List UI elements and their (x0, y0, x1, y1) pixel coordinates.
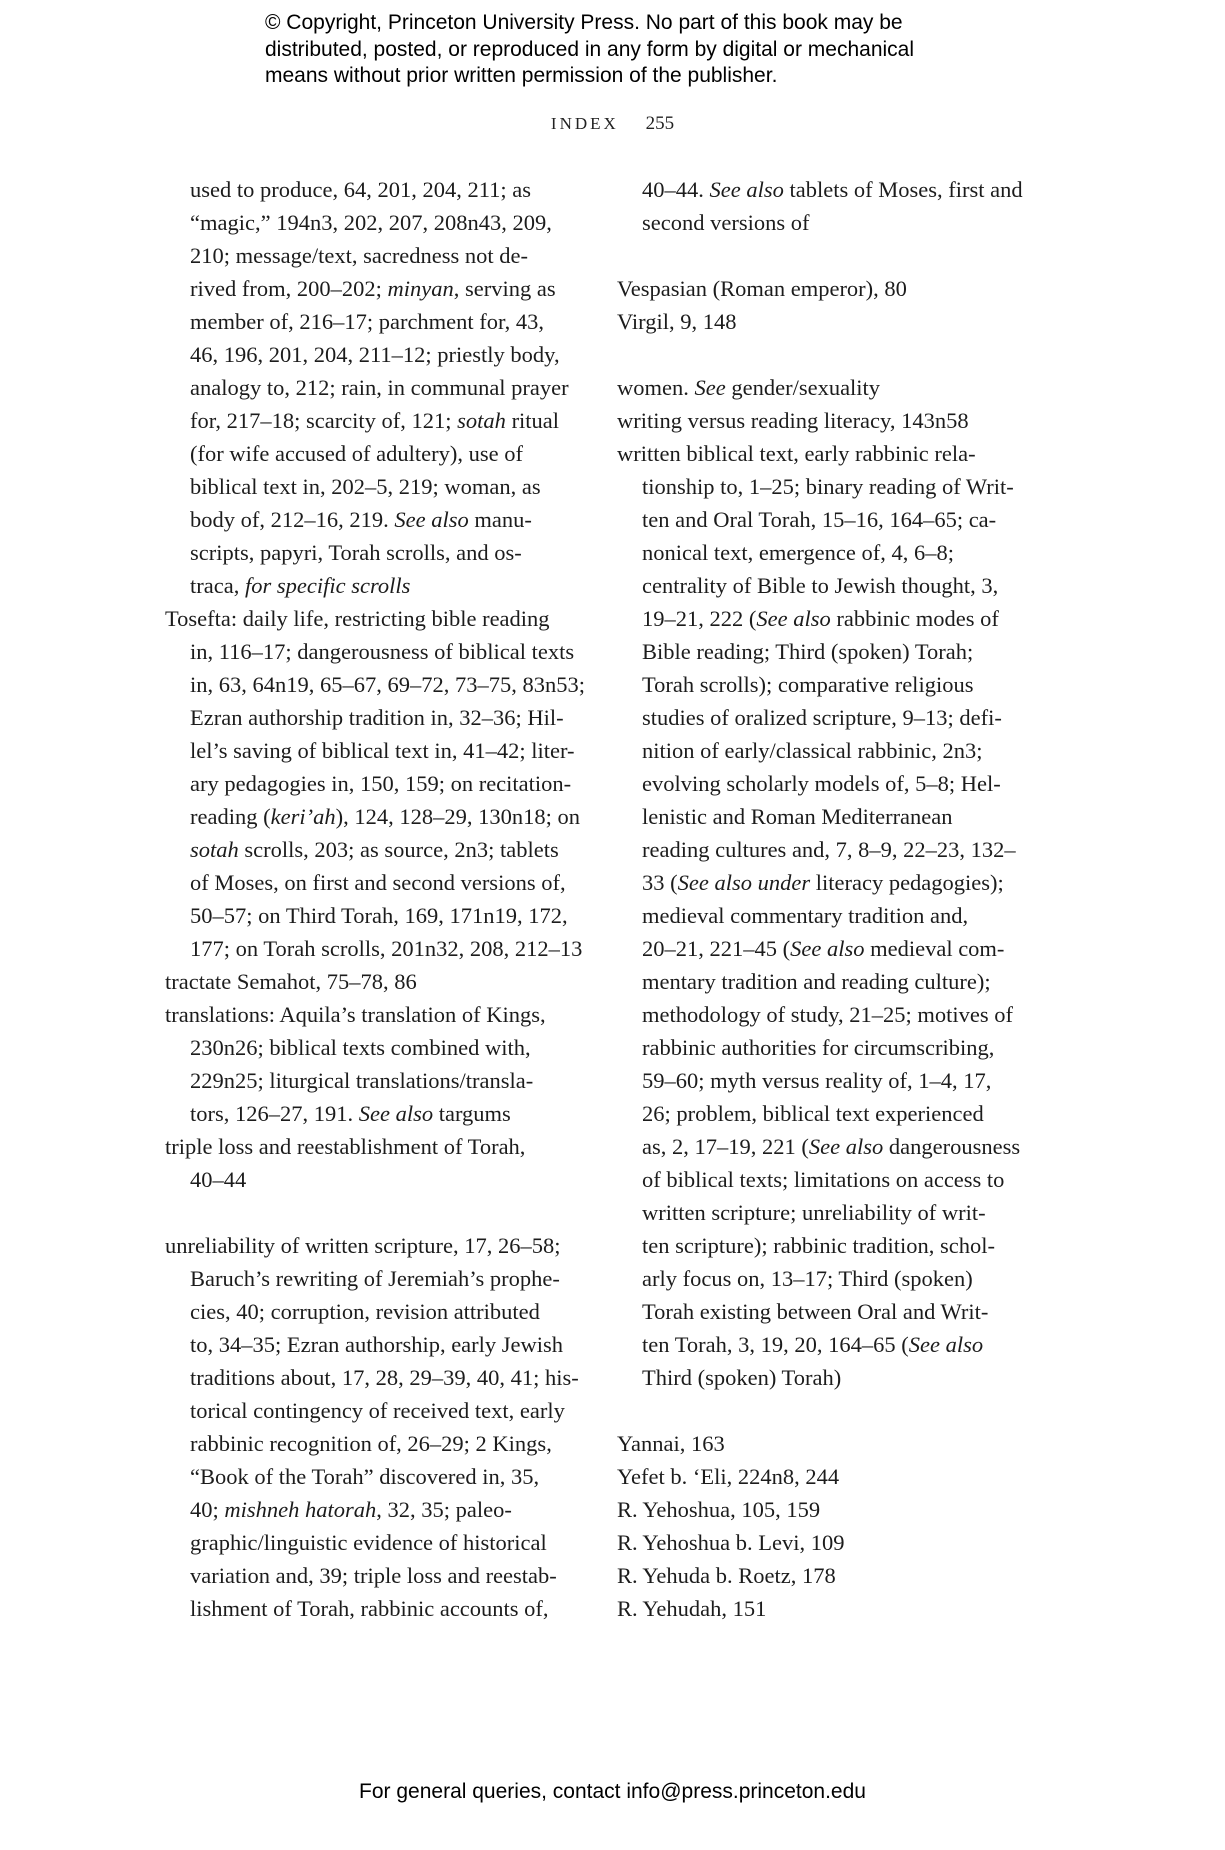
index-text: cies, 40; corruption, revision attribute… (190, 1299, 540, 1324)
index-entry-heading: Tosefta: daily life, restricting bible r… (165, 602, 605, 635)
index-subentry-line: Torah scrolls); comparative religious (617, 668, 1057, 701)
index-text: unreliability of written scripture, 17, … (165, 1233, 561, 1258)
index-text: reading ( (190, 804, 271, 829)
index-subentry-line: methodology of study, 21–25; motives of (617, 998, 1057, 1031)
index-text: ary pedagogies in, 150, 159; on recitati… (190, 771, 571, 796)
index-subentry-line: Third (spoken) Torah) (617, 1361, 1057, 1394)
index-subentry-line: mentary tradition and reading culture); (617, 965, 1057, 998)
index-subentry-line: cies, 40; corruption, revision attribute… (165, 1295, 605, 1328)
index-text: 26; problem, biblical text experienced (642, 1101, 984, 1126)
index-text: Tosefta: daily life, restricting bible r… (165, 606, 550, 631)
index-text: ), 124, 128–29, 130n18; on (336, 804, 580, 829)
index-text: reading cultures and, 7, 8–9, 22–23, 132… (642, 837, 1016, 862)
index-text: 40–44 (190, 1167, 246, 1192)
index-text: R. Yehuda b. Roetz, 178 (617, 1563, 836, 1588)
index-text: dangerousness (883, 1134, 1020, 1159)
index-text: nonical text, emergence of, 4, 6–8; (642, 540, 954, 565)
index-subentry-line: written scripture; unreliability of writ… (617, 1196, 1057, 1229)
index-text: written scripture; unreliability of writ… (642, 1200, 986, 1225)
index-text: 177; on Torah scrolls, 201n32, 208, 212–… (190, 936, 582, 961)
index-text: evolving scholarly models of, 5–8; Hel- (642, 771, 1001, 796)
index-subentry-line: 177; on Torah scrolls, 201n32, 208, 212–… (165, 932, 605, 965)
copyright-line: means without prior written permission o… (265, 63, 985, 90)
index-text: to, 34–35; Ezran authorship, early Jewis… (190, 1332, 563, 1357)
index-text: Yefet b. ‘Eli, 224n8, 244 (617, 1464, 839, 1489)
italic-term: See also (909, 1332, 983, 1357)
index-text: in, 63, 64n19, 65–67, 69–72, 73–75, 83n5… (190, 672, 585, 697)
index-subentry-line: 59–60; myth versus reality of, 1–4, 17, (617, 1064, 1057, 1097)
index-text: member of, 216–17; parchment for, 43, (190, 309, 544, 334)
index-text: for, 217–18; scarcity of, 121; (190, 408, 457, 433)
running-head: INDEX 255 (0, 113, 1225, 135)
index-subentry-line: Baruch’s rewriting of Jeremiah’s prophe- (165, 1262, 605, 1295)
index-text: biblical text in, 202–5, 219; woman, as (190, 474, 541, 499)
index-subentry-line: 40; mishneh hatorah, 32, 35; paleo- (165, 1493, 605, 1526)
index-text: Bible reading; Third (spoken) Torah; (642, 639, 973, 664)
index-text: Torah scrolls); comparative religious (642, 672, 973, 697)
index-text: Ezran authorship tradition in, 32–36; Hi… (190, 705, 564, 730)
index-text: 46, 196, 201, 204, 211–12; priestly body… (190, 342, 560, 367)
footer-contact: For general queries, contact info@press.… (0, 1780, 1225, 1804)
index-subentry-line: tors, 126–27, 191. See also targums (165, 1097, 605, 1130)
index-subentry-line: as, 2, 17–19, 221 (See also dangerousnes… (617, 1130, 1057, 1163)
index-subentry-line: Torah existing between Oral and Writ- (617, 1295, 1057, 1328)
index-subentry-line: medieval commentary tradition and, (617, 899, 1057, 932)
index-text: rabbinic recognition of, 26–29; 2 Kings, (190, 1431, 552, 1456)
index-subentry-line: 229n25; liturgical translations/transla- (165, 1064, 605, 1097)
index-text: 40–44. (642, 177, 710, 202)
index-text: written biblical text, early rabbinic re… (617, 441, 976, 466)
index-text: graphic/linguistic evidence of historica… (190, 1530, 547, 1555)
index-text: Yannai, 163 (617, 1431, 725, 1456)
index-text: 210; message/text, sacredness not de- (190, 243, 528, 268)
index-text: Vespasian (Roman emperor), 80 (617, 276, 907, 301)
index-subentry-line: reading cultures and, 7, 8–9, 22–23, 132… (617, 833, 1057, 866)
index-subentry-line: 230n26; biblical texts combined with, (165, 1031, 605, 1064)
copyright-notice: © Copyright, Princeton University Press.… (265, 10, 985, 90)
index-entry-heading: written biblical text, early rabbinic re… (617, 437, 1057, 470)
index-subentry-line: studies of oralized scripture, 9–13; def… (617, 701, 1057, 734)
index-subentry-line: Ezran authorship tradition in, 32–36; Hi… (165, 701, 605, 734)
index-entry-heading: R. Yehuda b. Roetz, 178 (617, 1559, 1057, 1592)
page-number: 255 (646, 113, 675, 134)
index-text: scripts, papyri, Torah scrolls, and os- (190, 540, 522, 565)
index-text: targums (433, 1101, 511, 1126)
index-subentry-line: tionship to, 1–25; binary reading of Wri… (617, 470, 1057, 503)
index-text: rabbinic authorities for circumscribing, (642, 1035, 994, 1060)
index-text: tablets of Moses, first and (784, 177, 1023, 202)
index-text: as, 2, 17–19, 221 ( (642, 1134, 809, 1159)
index-text: ritual (506, 408, 559, 433)
index-subentry-line: rabbinic recognition of, 26–29; 2 Kings, (165, 1427, 605, 1460)
index-text: 59–60; myth versus reality of, 1–4, 17, (642, 1068, 991, 1093)
italic-term: See also (710, 177, 784, 202)
index-subentry-line: 210; message/text, sacredness not de- (165, 239, 605, 272)
index-text: ten scripture); rabbinic tradition, scho… (642, 1233, 995, 1258)
index-text: second versions of (642, 210, 809, 235)
index-subentry-line: nonical text, emergence of, 4, 6–8; (617, 536, 1057, 569)
index-subentry-line: analogy to, 212; rain, in communal praye… (165, 371, 605, 404)
index-text: mentary tradition and reading culture); (642, 969, 991, 994)
index-text: traca, (190, 573, 245, 598)
index-subentry-line: in, 116–17; dangerousness of biblical te… (165, 635, 605, 668)
index-subentry-line: variation and, 39; triple loss and reest… (165, 1559, 605, 1592)
index-subentry-line: 50–57; on Third Torah, 169, 171n19, 172, (165, 899, 605, 932)
index-text: (for wife accused of adultery), use of (190, 441, 523, 466)
index-subentry-line: 40–44 (165, 1163, 605, 1196)
index-text: used to produce, 64, 201, 204, 211; as (190, 177, 531, 202)
index-subentry-line: for, 217–18; scarcity of, 121; sotah rit… (165, 404, 605, 437)
index-subentry-line: 40–44. See also tablets of Moses, first … (617, 173, 1057, 206)
index-subentry-line: scripts, papyri, Torah scrolls, and os- (165, 536, 605, 569)
index-text: medieval com- (864, 936, 1004, 961)
index-subentry-line: member of, 216–17; parchment for, 43, (165, 305, 605, 338)
index-text: translations: Aquila’s translation of Ki… (165, 1002, 546, 1027)
index-subentry-line: torical contingency of received text, ea… (165, 1394, 605, 1427)
index-subentry-line: of biblical texts; limitations on access… (617, 1163, 1057, 1196)
index-subentry-line: sotah scrolls, 203; as source, 2n3; tabl… (165, 833, 605, 866)
italic-term: sotah (457, 408, 506, 433)
index-subentry-line: body of, 212–16, 219. See also manu- (165, 503, 605, 536)
index-text: studies of oralized scripture, 9–13; def… (642, 705, 1002, 730)
index-text: rived from, 200–202; (190, 276, 387, 301)
index-spacer (617, 1394, 1057, 1427)
index-spacer (165, 1196, 605, 1229)
index-column-right: 40–44. See also tablets of Moses, first … (617, 173, 1057, 1625)
index-subentry-line: Bible reading; Third (spoken) Torah; (617, 635, 1057, 668)
index-text: 19–21, 222 ( (642, 606, 756, 631)
index-text: traditions about, 17, 28, 29–39, 40, 41;… (190, 1365, 579, 1390)
italic-term: See also (809, 1134, 883, 1159)
index-entry-heading: Virgil, 9, 148 (617, 305, 1057, 338)
index-text: in, 116–17; dangerousness of biblical te… (190, 639, 574, 664)
index-text: Baruch’s rewriting of Jeremiah’s prophe- (190, 1266, 560, 1291)
index-text: , serving as (454, 276, 556, 301)
index-text: tractate Semahot, 75–78, 86 (165, 969, 417, 994)
italic-term: sotah (190, 837, 239, 862)
index-subentry-line: lishment of Torah, rabbinic accounts of, (165, 1592, 605, 1625)
index-text: Torah existing between Oral and Writ- (642, 1299, 988, 1324)
index-text: 230n26; biblical texts combined with, (190, 1035, 531, 1060)
index-subentry-line: ary pedagogies in, 150, 159; on recitati… (165, 767, 605, 800)
index-text: variation and, 39; triple loss and reest… (190, 1563, 557, 1588)
running-head-label: INDEX (551, 114, 619, 133)
copyright-line: © Copyright, Princeton University Press.… (265, 10, 985, 37)
index-subentry-line: 26; problem, biblical text experienced (617, 1097, 1057, 1130)
index-subentry-line: 19–21, 222 (See also rabbinic modes of (617, 602, 1057, 635)
index-text: rabbinic modes of (831, 606, 999, 631)
index-entry-heading: women. See gender/sexuality (617, 371, 1057, 404)
index-text: R. Yehoshua, 105, 159 (617, 1497, 820, 1522)
index-text: 50–57; on Third Torah, 169, 171n19, 172, (190, 903, 568, 928)
index-entry-heading: R. Yehoshua, 105, 159 (617, 1493, 1057, 1526)
index-text: Third (spoken) Torah) (642, 1365, 841, 1390)
index-text: manu- (469, 507, 532, 532)
italic-term: minyan (387, 276, 453, 301)
index-text: writing versus reading literacy, 143n58 (617, 408, 969, 433)
index-subentry-line: “Book of the Torah” discovered in, 35, (165, 1460, 605, 1493)
index-text: lenistic and Roman Mediterranean (642, 804, 953, 829)
index-text: ten Torah, 3, 19, 20, 164–65 ( (642, 1332, 909, 1357)
index-column-left: used to produce, 64, 201, 204, 211; as“m… (165, 173, 605, 1625)
index-text: torical contingency of received text, ea… (190, 1398, 565, 1423)
index-subentry-line: lel’s saving of biblical text in, 41–42;… (165, 734, 605, 767)
index-subentry-line: nition of early/classical rabbinic, 2n3; (617, 734, 1057, 767)
index-subentry-line: centrality of Bible to Jewish thought, 3… (617, 569, 1057, 602)
index-text: of Moses, on first and second versions o… (190, 870, 566, 895)
index-text: R. Yehudah, 151 (617, 1596, 766, 1621)
index-text: triple loss and reestablishment of Torah… (165, 1134, 525, 1159)
index-text: medieval commentary tradition and, (642, 903, 968, 928)
index-text: 33 ( (642, 870, 678, 895)
index-text: body of, 212–16, 219. (190, 507, 394, 532)
index-text: literacy pedagogies); (810, 870, 1004, 895)
index-subentry-line: reading (keri’ah), 124, 128–29, 130n18; … (165, 800, 605, 833)
index-subentry-line: evolving scholarly models of, 5–8; Hel- (617, 767, 1057, 800)
index-spacer (617, 338, 1057, 371)
index-entry-heading: translations: Aquila’s translation of Ki… (165, 998, 605, 1031)
index-text: centrality of Bible to Jewish thought, 3… (642, 573, 998, 598)
index-spacer (617, 239, 1057, 272)
italic-term: See also (394, 507, 468, 532)
index-text: 40; (190, 1497, 224, 1522)
index-subentry-line: rabbinic authorities for circumscribing, (617, 1031, 1057, 1064)
index-subentry-line: 20–21, 221–45 (See also medieval com- (617, 932, 1057, 965)
index-subentry-line: lenistic and Roman Mediterranean (617, 800, 1057, 833)
index-entry-heading: triple loss and reestablishment of Torah… (165, 1130, 605, 1163)
index-text: tors, 126–27, 191. (190, 1101, 359, 1126)
index-text: ten and Oral Torah, 15–16, 164–65; ca- (642, 507, 996, 532)
index-text: methodology of study, 21–25; motives of (642, 1002, 1013, 1027)
index-text: , 32, 35; paleo- (376, 1497, 512, 1522)
index-subentry-line: traditions about, 17, 28, 29–39, 40, 41;… (165, 1361, 605, 1394)
italic-term: See (695, 375, 726, 400)
index-entry-heading: unreliability of written scripture, 17, … (165, 1229, 605, 1262)
index-text: scrolls, 203; as source, 2n3; tablets (239, 837, 559, 862)
index-entry-heading: Yefet b. ‘Eli, 224n8, 244 (617, 1460, 1057, 1493)
index-text: gender/sexuality (726, 375, 880, 400)
index-subentry-line: arly focus on, 13–17; Third (spoken) (617, 1262, 1057, 1295)
index-entry-heading: Vespasian (Roman emperor), 80 (617, 272, 1057, 305)
index-subentry-line: to, 34–35; Ezran authorship, early Jewis… (165, 1328, 605, 1361)
index-text: lel’s saving of biblical text in, 41–42;… (190, 738, 574, 763)
index-subentry-line: 33 (See also under literacy pedagogies); (617, 866, 1057, 899)
index-subentry-line: in, 63, 64n19, 65–67, 69–72, 73–75, 83n5… (165, 668, 605, 701)
index-text: arly focus on, 13–17; Third (spoken) (642, 1266, 973, 1291)
index-text: analogy to, 212; rain, in communal praye… (190, 375, 569, 400)
index-text: “Book of the Torah” discovered in, 35, (190, 1464, 539, 1489)
index-text: R. Yehoshua b. Levi, 109 (617, 1530, 845, 1555)
index-entry-heading: R. Yehoshua b. Levi, 109 (617, 1526, 1057, 1559)
italic-term: See also under (678, 870, 810, 895)
index-text: women. (617, 375, 695, 400)
index-text: “magic,” 194n3, 202, 207, 208n43, 209, (190, 210, 552, 235)
index-subentry-line: “magic,” 194n3, 202, 207, 208n43, 209, (165, 206, 605, 239)
index-subentry-line: biblical text in, 202–5, 219; woman, as (165, 470, 605, 503)
index-subentry-line: graphic/linguistic evidence of historica… (165, 1526, 605, 1559)
index-subentry-line: traca, for specific scrolls (165, 569, 605, 602)
index-text: of biblical texts; limitations on access… (642, 1167, 1004, 1192)
index-text: tionship to, 1–25; binary reading of Wri… (642, 474, 1014, 499)
index-text: 229n25; liturgical translations/transla- (190, 1068, 533, 1093)
index-subentry-line: 46, 196, 201, 204, 211–12; priestly body… (165, 338, 605, 371)
italic-term: See also (756, 606, 830, 631)
index-entry-heading: R. Yehudah, 151 (617, 1592, 1057, 1625)
index-subentry-line: ten and Oral Torah, 15–16, 164–65; ca- (617, 503, 1057, 536)
index-text: Virgil, 9, 148 (617, 309, 737, 334)
index-subentry-line: (for wife accused of adultery), use of (165, 437, 605, 470)
italic-term: mishneh hatorah (224, 1497, 376, 1522)
index-subentry-line: ten scripture); rabbinic tradition, scho… (617, 1229, 1057, 1262)
index-entry-heading: Yannai, 163 (617, 1427, 1057, 1460)
index-subentry-line: second versions of (617, 206, 1057, 239)
index-subentry-line: of Moses, on first and second versions o… (165, 866, 605, 899)
index-subentry-line: rived from, 200–202; minyan, serving as (165, 272, 605, 305)
index-subentry-line: used to produce, 64, 201, 204, 211; as (165, 173, 605, 206)
italic-term: See also (790, 936, 864, 961)
italic-term: for specific scrolls (245, 573, 410, 598)
index-text: 20–21, 221–45 ( (642, 936, 790, 961)
copyright-line: distributed, posted, or reproduced in an… (265, 37, 985, 64)
index-entry-heading: writing versus reading literacy, 143n58 (617, 404, 1057, 437)
index-text: lishment of Torah, rabbinic accounts of, (190, 1596, 549, 1621)
index-text: nition of early/classical rabbinic, 2n3; (642, 738, 983, 763)
italic-term: keri’ah (271, 804, 336, 829)
italic-term: See also (359, 1101, 433, 1126)
index-subentry-line: ten Torah, 3, 19, 20, 164–65 (See also (617, 1328, 1057, 1361)
index-entry-heading: tractate Semahot, 75–78, 86 (165, 965, 605, 998)
